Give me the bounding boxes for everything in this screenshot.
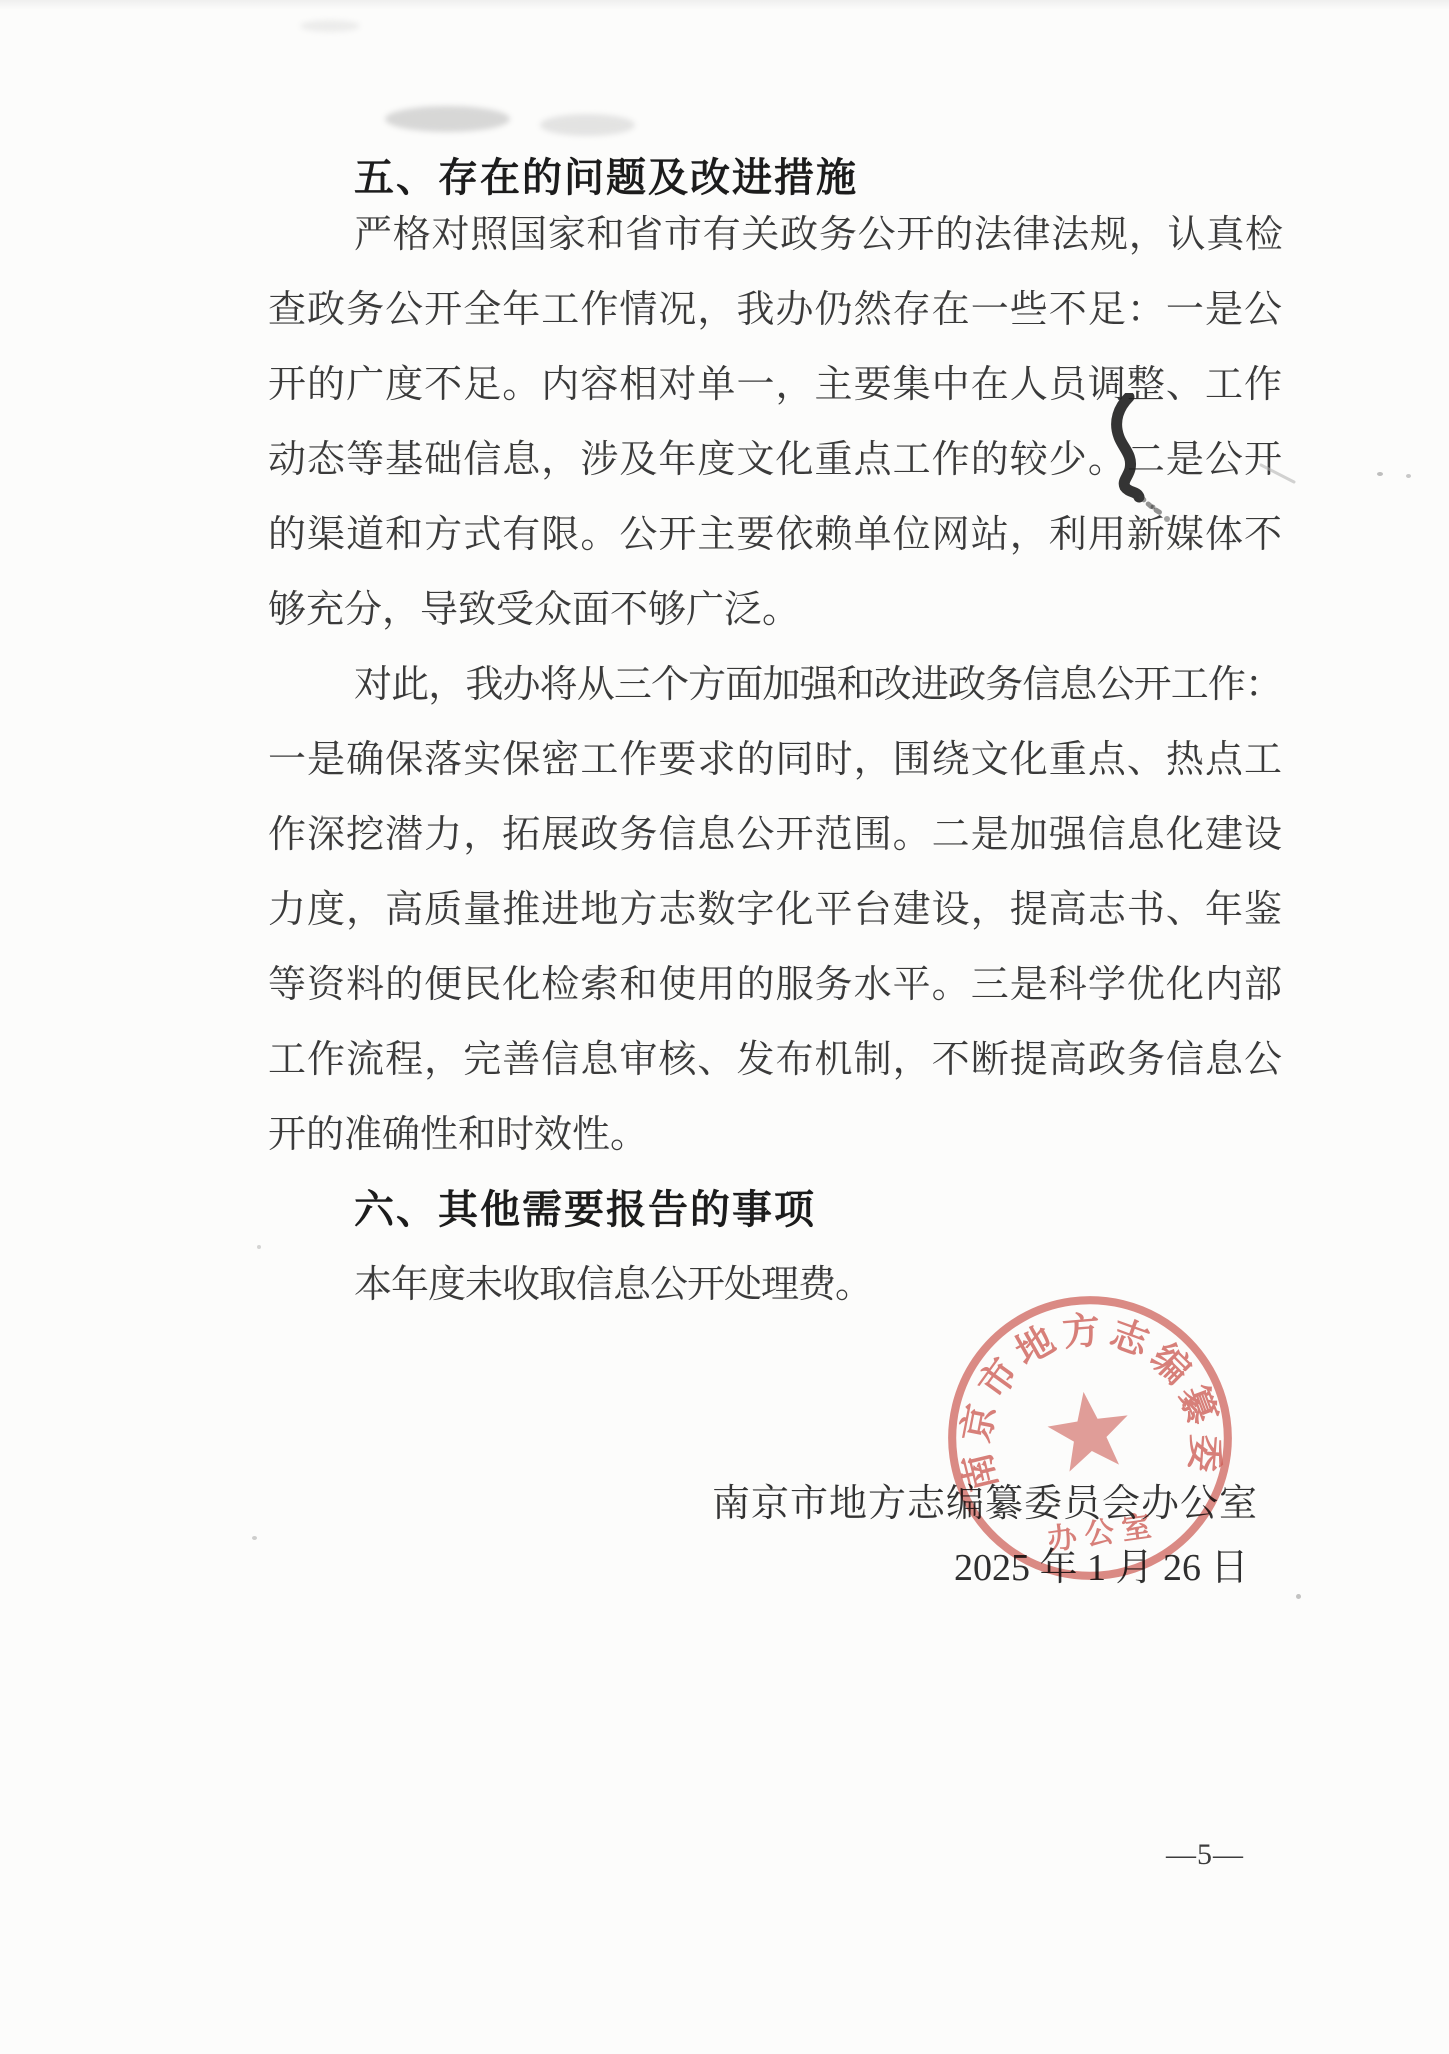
scan-speck [252, 1536, 257, 1540]
scan-speck [1377, 472, 1383, 476]
paragraph-improvements: 对此，我办将从三个方面加强和改进政务信息公开工作：一是确保落实保密工作要求的同时… [268, 648, 1282, 1173]
text-line: 工作流程，完善信息审核、发布机制，不断提高政务信息公 [268, 1023, 1282, 1098]
scan-smudge [540, 114, 635, 136]
scan-speck [257, 1245, 261, 1249]
section-heading-5: 五、存在的问题及改进措施 [268, 158, 1282, 198]
text-line: 一是确保落实保密工作要求的同时，围绕文化重点、热点工 [268, 723, 1282, 798]
star-icon [1043, 1386, 1134, 1474]
text-line: 力度，高质量推进地方志数字化平台建设，提高志书、年鉴 [268, 873, 1282, 948]
section-heading-6: 六、其他需要报告的事项 [268, 1173, 1282, 1248]
paragraph-problems: 严格对照国家和省市有关政务公开的法律法规，认真检查政务公开全年工作情况，我办仍然… [268, 198, 1282, 648]
page-number: —5— [1166, 1838, 1244, 1872]
text-line: 够充分，导致受众面不够广泛。 [268, 573, 1282, 648]
text-line: 动态等基础信息，涉及年度文化重点工作的较少。二是公开 [268, 423, 1282, 498]
scan-speck [1296, 1594, 1301, 1599]
text-line: 严格对照国家和省市有关政务公开的法律法规，认真检 [268, 198, 1282, 273]
text-line: 查政务公开全年工作情况，我办仍然存在一些不足：一是公 [268, 273, 1282, 348]
scanned-document-page: 五、存在的问题及改进措施 严格对照国家和省市有关政务公开的法律法规，认真检查政务… [0, 0, 1449, 2054]
text-line: 的渠道和方式有限。公开主要依赖单位网站，利用新媒体不 [268, 498, 1282, 573]
text-line: 对此，我办将从三个方面加强和改进政务信息公开工作： [268, 648, 1282, 723]
text-line: 作深挖潜力，拓展政务信息公开范围。二是加强信息化建设 [268, 798, 1282, 873]
document-body: 五、存在的问题及改进措施 严格对照国家和省市有关政务公开的法律法规，认真检查政务… [268, 158, 1282, 1323]
text-line: 开的广度不足。内容相对单一，主要集中在人员调整、工作 [268, 348, 1282, 423]
text-line: 等资料的便民化检索和使用的服务水平。三是科学优化内部 [268, 948, 1282, 1023]
official-seal: 南京市地方志编纂委员会 办公室 [918, 1266, 1261, 1609]
seal-bottom-text: 办公室 [1045, 1509, 1161, 1557]
text-line: 开的准确性和时效性。 [268, 1098, 1282, 1173]
scan-smudge [385, 106, 510, 132]
scan-speck [1406, 474, 1411, 478]
scan-smudge [300, 20, 360, 32]
